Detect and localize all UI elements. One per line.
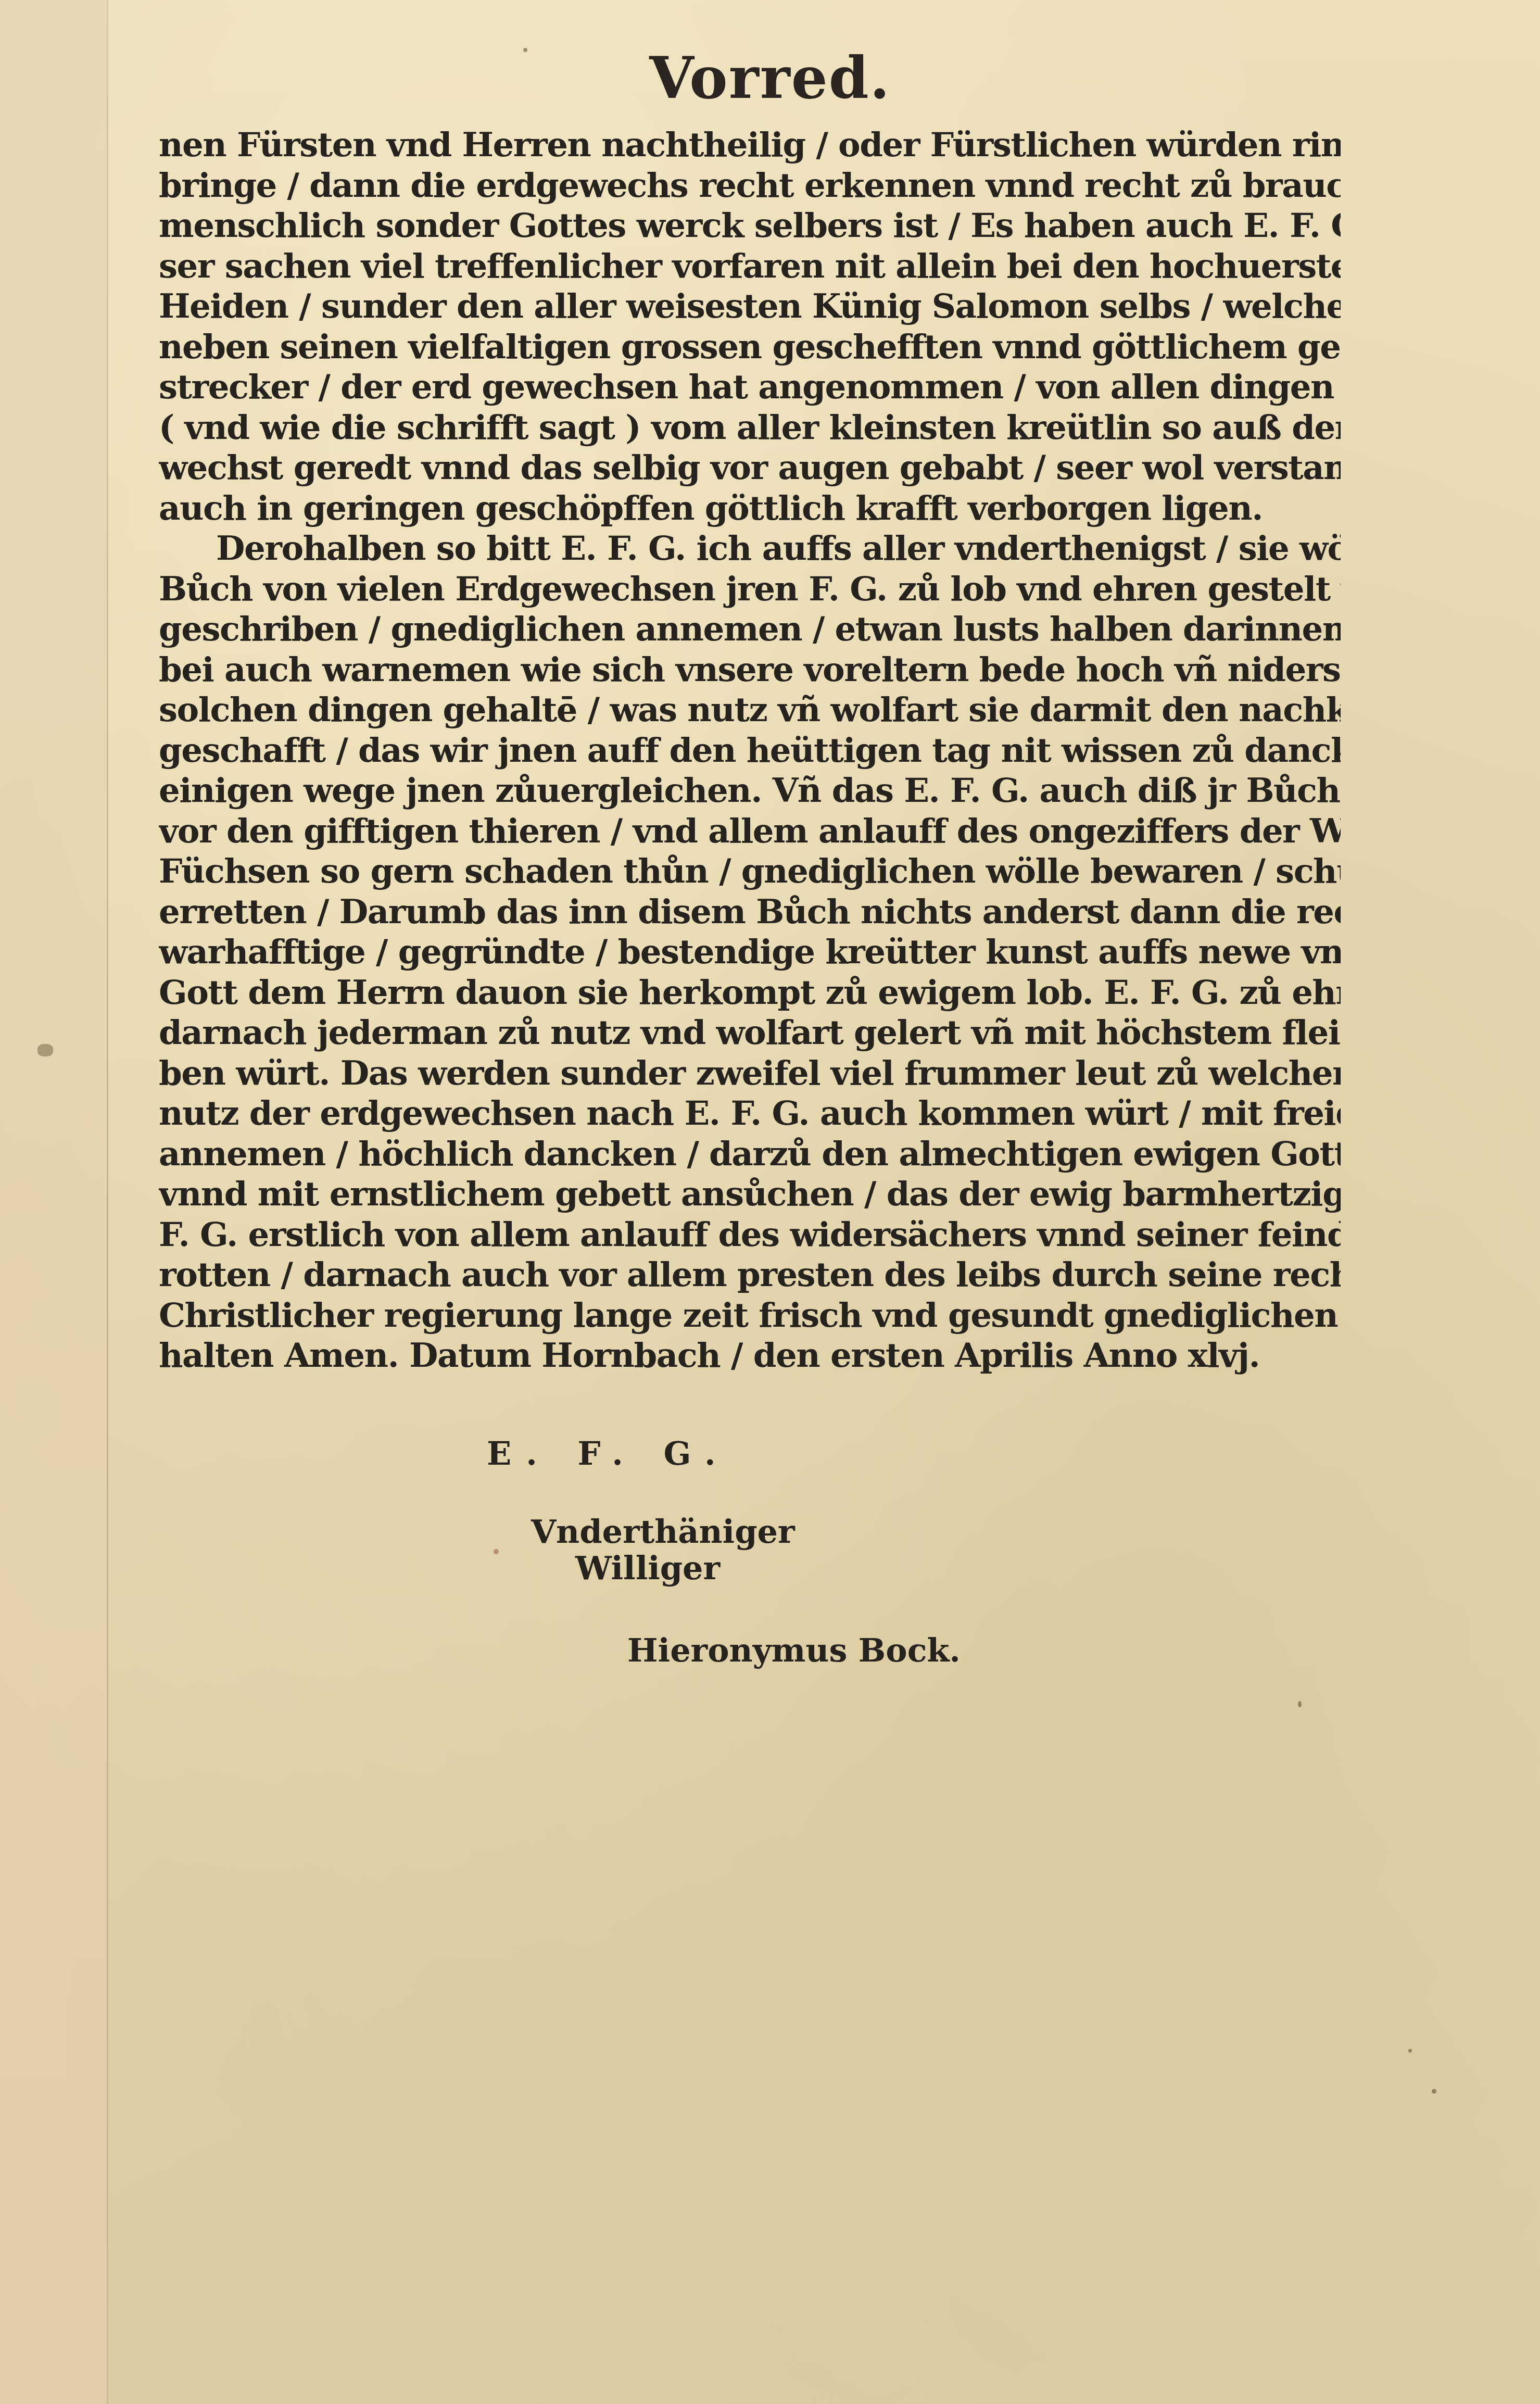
paper-speck bbox=[1432, 2089, 1436, 2094]
paper-speck bbox=[494, 1549, 499, 1554]
text-line: nutz der erdgewechsen nach E. F. G. auch… bbox=[159, 1093, 1341, 1134]
text-line: neben seinen vielfaltigen grossen gesche… bbox=[159, 327, 1341, 368]
text-line: bringe / dann die erdgewechs recht erken… bbox=[159, 166, 1341, 206]
body-text: nen Fürsten vnd Herren nachtheilig / ode… bbox=[159, 125, 1341, 1376]
text-line: ben würt. Das werden sunder zweifel viel… bbox=[159, 1053, 1341, 1094]
text-line: Heiden / sunder den aller weisesten Küni… bbox=[159, 286, 1341, 327]
text-line: bei auch warnemen wie sich vnsere vorelt… bbox=[159, 650, 1341, 690]
text-line: vor den gifftigen thieren / vnd allem an… bbox=[159, 811, 1341, 852]
text-line: nen Fürsten vnd Herren nachtheilig / ode… bbox=[159, 125, 1341, 166]
text-line: ser sachen viel treffenlicher vorfaren n… bbox=[159, 246, 1341, 287]
book-page: Vorred. nen Fürsten vnd Herren nachtheil… bbox=[0, 0, 1540, 2404]
paper-speck bbox=[1408, 2049, 1412, 2053]
page-heading: Vorred. bbox=[0, 44, 1540, 111]
text-line: menschlich sonder Gottes werck selbers i… bbox=[159, 206, 1341, 246]
text-line: solchen dingen gehaltē / was nutz vñ wol… bbox=[159, 690, 1341, 731]
page-margin-strip bbox=[0, 0, 107, 2404]
text-line: wechst geredt vnnd das selbig vor augen … bbox=[159, 448, 1341, 488]
text-line: annemen / höchlich dancken / darzů den a… bbox=[159, 1134, 1341, 1175]
text-line: ( vnd wie die schrifft sagt ) vom aller … bbox=[159, 408, 1341, 448]
signature: Hieronymus Bock. bbox=[627, 1631, 961, 1669]
text-line: Füchsen so gern schaden thůn / gnediglic… bbox=[159, 851, 1341, 892]
text-line: F. G. erstlich von allem anlauff des wid… bbox=[159, 1215, 1341, 1255]
paragraph-start-line: Derohalben so bitt E. F. G. ich auffs al… bbox=[159, 528, 1341, 569]
paper-speck bbox=[37, 1044, 53, 1056]
text-line: Gott dem Herrn dauon sie herkompt zů ewi… bbox=[159, 973, 1341, 1013]
text-line: geschafft / das wir jnen auff den heütti… bbox=[159, 731, 1341, 771]
text-line: vnnd mit ernstlichem gebett ansůchen / d… bbox=[159, 1174, 1341, 1215]
text-line: darnach jederman zů nutz vnd wolfart gel… bbox=[159, 1013, 1341, 1053]
text-line: warhafftige / gegründte / bestendige kre… bbox=[159, 932, 1341, 973]
text-line: auch in geringen geschöpffen göttlich kr… bbox=[159, 488, 1341, 529]
subscription-line-1: Vnderthäniger bbox=[531, 1513, 795, 1551]
text-line: Christlicher regierung lange zeit frisch… bbox=[159, 1295, 1341, 1336]
text-line: Bůch von vielen Erdgewechsen jren F. G. … bbox=[159, 569, 1341, 610]
text-line: geschriben / gnediglichen annemen / etwa… bbox=[159, 609, 1341, 650]
paper-speck bbox=[1298, 1701, 1302, 1707]
text-line: erretten / Darumb das inn disem Bůch nic… bbox=[159, 892, 1341, 933]
page-fold-line bbox=[107, 0, 108, 2404]
text-line: strecker / der erd gewechsen hat angenom… bbox=[159, 367, 1341, 408]
text-line: rotten / darnach auch vor allem presten … bbox=[159, 1255, 1341, 1295]
subscription-line-2: Williger bbox=[575, 1549, 720, 1587]
text-line: halten Amen. Datum Hornbach / den ersten… bbox=[159, 1336, 1341, 1376]
salutation: E. F. G. bbox=[487, 1434, 730, 1472]
text-line: einigen wege jnen zůuergleichen. Vñ das … bbox=[159, 771, 1341, 811]
